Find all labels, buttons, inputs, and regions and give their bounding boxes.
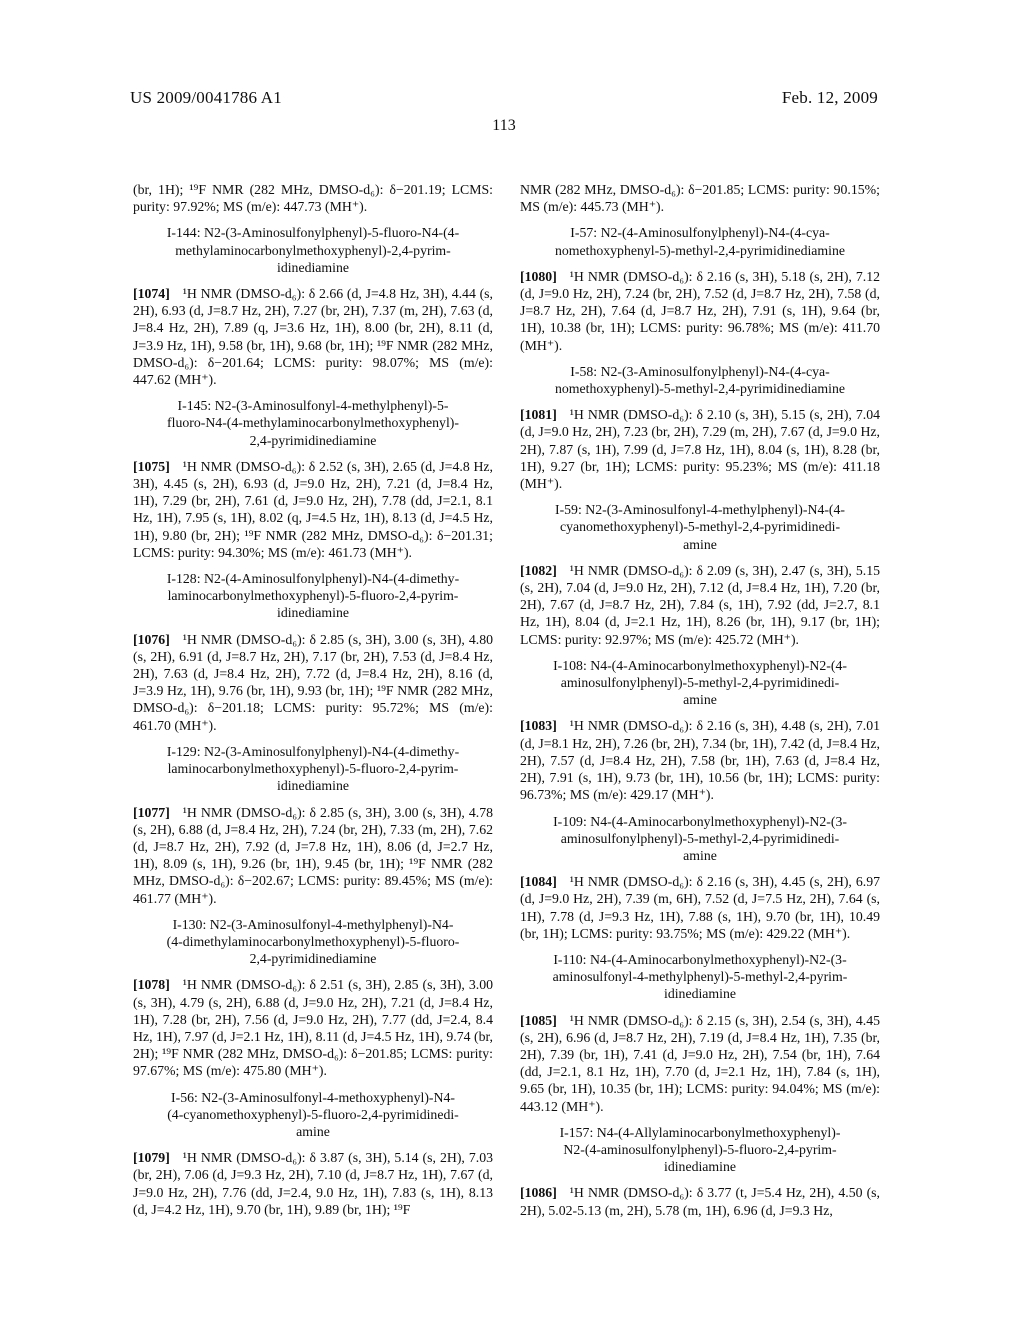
paragraph-number: [1084]	[520, 874, 557, 889]
paragraph-text: ¹H NMR (DMSO-d₆): δ 2.85 (s, 3H), 3.00 (…	[133, 632, 493, 733]
nmr-paragraph-1081: [1081]¹H NMR (DMSO-d₆): δ 2.10 (s, 3H), …	[520, 406, 880, 492]
paragraph-number: [1078]	[133, 977, 170, 992]
paragraph-text: ¹H NMR (DMSO-d₆): δ 2.16 (s, 3H), 5.18 (…	[520, 269, 880, 353]
nmr-paragraph-1075: [1075]¹H NMR (DMSO-d₆): δ 2.52 (s, 3H), …	[133, 458, 493, 561]
paragraph-text: ¹H NMR (DMSO-d₆): δ 2.10 (s, 3H), 5.15 (…	[520, 407, 880, 491]
paragraph-number: [1086]	[520, 1185, 557, 1200]
compound-heading-i57: I-57: N2-(4-Aminosulfonylphenyl)-N4-(4-c…	[520, 224, 880, 258]
nmr-paragraph-1077: [1077]¹H NMR (DMSO-d₆): δ 2.85 (s, 3H), …	[133, 804, 493, 907]
right-column: NMR (282 MHz, DMSO-d₆): δ−201.85; LCMS: …	[520, 181, 880, 1227]
compound-heading-i145: I-145: N2-(3-Aminosulfonyl-4-methylpheny…	[133, 397, 493, 449]
paragraph-text: ¹H NMR (DMSO-d₆): δ 2.15 (s, 3H), 2.54 (…	[520, 1013, 880, 1114]
paragraph-text: ¹H NMR (DMSO-d₆): δ 3.77 (t, J=5.4 Hz, 2…	[520, 1185, 880, 1217]
paragraph-number: [1074]	[133, 286, 170, 301]
paragraph-text: ¹H NMR (DMSO-d₆): δ 2.16 (s, 3H), 4.45 (…	[520, 874, 880, 941]
paragraph-number: [1079]	[133, 1150, 170, 1165]
compound-heading-i109: I-109: N4-(4-Aminocarbonylmethoxyphenyl)…	[520, 813, 880, 865]
paragraph-number: [1082]	[520, 563, 557, 578]
compound-heading-i108: I-108: N4-(4-Aminocarbonylmethoxyphenyl)…	[520, 657, 880, 709]
text-columns: (br, 1H); ¹⁹F NMR (282 MHz, DMSO-d₆): δ−…	[133, 181, 880, 1227]
page-number: 113	[130, 117, 878, 135]
nmr-paragraph-1086: [1086]¹H NMR (DMSO-d₆): δ 3.77 (t, J=5.4…	[520, 1184, 880, 1218]
paragraph-number: [1077]	[133, 805, 170, 820]
nmr-paragraph-1084: [1084]¹H NMR (DMSO-d₆): δ 2.16 (s, 3H), …	[520, 873, 880, 942]
paragraph-number: [1080]	[520, 269, 557, 284]
paragraph-text: ¹H NMR (DMSO-d₆): δ 2.09 (s, 3H), 2.47 (…	[520, 563, 880, 647]
paragraph-text: ¹H NMR (DMSO-d₆): δ 2.85 (s, 3H), 3.00 (…	[133, 805, 493, 906]
paragraph-text: ¹H NMR (DMSO-d₆): δ 2.52 (s, 3H), 2.65 (…	[133, 459, 493, 560]
nmr-paragraph-1080: [1080]¹H NMR (DMSO-d₆): δ 2.16 (s, 3H), …	[520, 268, 880, 354]
nmr-paragraph-1083: [1083]¹H NMR (DMSO-d₆): δ 2.16 (s, 3H), …	[520, 717, 880, 803]
paragraph-text: ¹H NMR (DMSO-d₆): δ 3.87 (s, 3H), 5.14 (…	[133, 1150, 493, 1217]
compound-heading-i157: I-157: N4-(4-Allylaminocarbonylmethoxyph…	[520, 1124, 880, 1176]
compound-heading-i130: I-130: N2-(3-Aminosulfonyl-4-methylpheny…	[133, 916, 493, 968]
compound-heading-i110: I-110: N4-(4-Aminocarbonylmethoxyphenyl)…	[520, 951, 880, 1003]
paragraph-number: [1081]	[520, 407, 557, 422]
compound-heading-i56: I-56: N2-(3-Aminosulfonyl-4-methoxypheny…	[133, 1089, 493, 1141]
compound-heading-i128: I-128: N2-(4-Aminosulfonylphenyl)-N4-(4-…	[133, 570, 493, 622]
paragraph-number: [1085]	[520, 1013, 557, 1028]
nmr-paragraph-1074: [1074]¹H NMR (DMSO-d₆): δ 2.66 (d, J=4.8…	[133, 285, 493, 388]
nmr-paragraph-1078: [1078]¹H NMR (DMSO-d₆): δ 2.51 (s, 3H), …	[133, 976, 493, 1079]
continuation-paragraph: (br, 1H); ¹⁹F NMR (282 MHz, DMSO-d₆): δ−…	[133, 181, 493, 215]
continuation-paragraph: NMR (282 MHz, DMSO-d₆): δ−201.85; LCMS: …	[520, 181, 880, 215]
paragraph-text: ¹H NMR (DMSO-d₆): δ 2.51 (s, 3H), 2.85 (…	[133, 977, 493, 1078]
page-header: US 2009/0041786 A1 Feb. 12, 2009	[130, 88, 878, 108]
paragraph-text: (br, 1H); ¹⁹F NMR (282 MHz, DMSO-d₆): δ−…	[133, 182, 493, 214]
compound-heading-i129: I-129: N2-(3-Aminosulfonylphenyl)-N4-(4-…	[133, 743, 493, 795]
paragraph-text: ¹H NMR (DMSO-d₆): δ 2.66 (d, J=4.8 Hz, 3…	[133, 286, 493, 387]
paragraph-text: ¹H NMR (DMSO-d₆): δ 2.16 (s, 3H), 4.48 (…	[520, 718, 880, 802]
compound-heading-i59: I-59: N2-(3-Aminosulfonyl-4-methylphenyl…	[520, 501, 880, 553]
paragraph-number: [1083]	[520, 718, 557, 733]
patent-page: US 2009/0041786 A1 Feb. 12, 2009 113 (br…	[0, 0, 1024, 1320]
left-column: (br, 1H); ¹⁹F NMR (282 MHz, DMSO-d₆): δ−…	[133, 181, 493, 1227]
nmr-paragraph-1076: [1076]¹H NMR (DMSO-d₆): δ 2.85 (s, 3H), …	[133, 631, 493, 734]
publication-number: US 2009/0041786 A1	[130, 88, 282, 108]
nmr-paragraph-1085: [1085]¹H NMR (DMSO-d₆): δ 2.15 (s, 3H), …	[520, 1012, 880, 1115]
nmr-paragraph-1079: [1079]¹H NMR (DMSO-d₆): δ 3.87 (s, 3H), …	[133, 1149, 493, 1218]
paragraph-number: [1076]	[133, 632, 170, 647]
paragraph-number: [1075]	[133, 459, 170, 474]
compound-heading-i58: I-58: N2-(3-Aminosulfonylphenyl)-N4-(4-c…	[520, 363, 880, 397]
nmr-paragraph-1082: [1082]¹H NMR (DMSO-d₆): δ 2.09 (s, 3H), …	[520, 562, 880, 648]
compound-heading-i144: I-144: N2-(3-Aminosulfonylphenyl)-5-fluo…	[133, 224, 493, 276]
paragraph-text: NMR (282 MHz, DMSO-d₆): δ−201.85; LCMS: …	[520, 182, 880, 214]
publication-date: Feb. 12, 2009	[782, 88, 878, 108]
